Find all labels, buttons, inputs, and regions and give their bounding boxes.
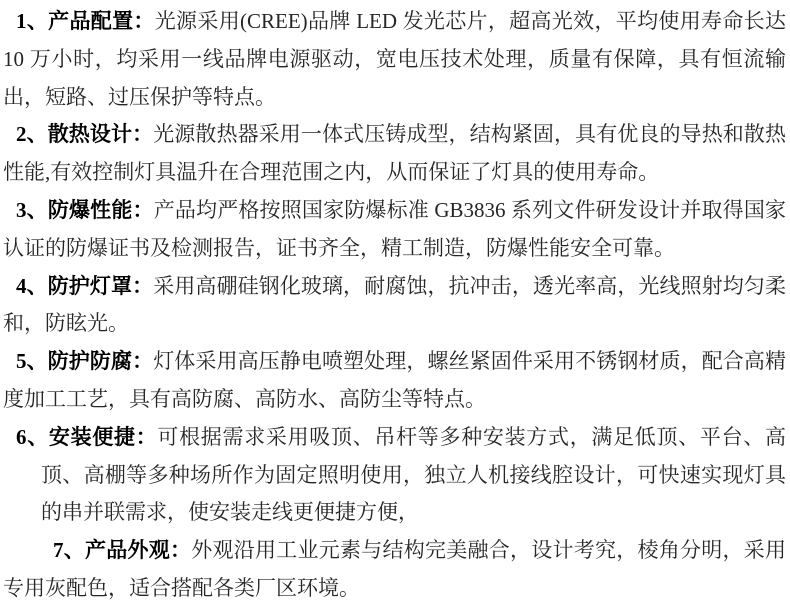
feature-heading-2: 2、散热设计： [16, 122, 153, 146]
feature-paragraph-explosion-proof: 3、防爆性能：产品均严格按照国家防爆标准 GB3836 系列文件研发设计并取得国… [3, 192, 786, 268]
feature-heading-4: 4、防护灯罩： [16, 274, 153, 298]
feature-heading-3: 3、防爆性能： [16, 198, 154, 222]
feature-paragraph-heat-dissipation: 2、散热设计：光源散热器采用一体式压铸成型，结构紧固，具有优良的导热和散热性能,… [3, 116, 786, 192]
feature-heading-5: 5、防护防腐： [16, 349, 153, 373]
feature-paragraph-easy-installation: 6、安装便捷：可根据需求采用吸顶、吊杆等多种安装方式，满足低顶、平台、高顶、高棚… [3, 419, 786, 532]
feature-paragraph-product-config: 1、产品配置：光源采用(CREE)品牌 LED 发光芯片，超高光效，平均使用寿命… [3, 3, 786, 116]
feature-heading-1: 1、产品配置： [16, 9, 155, 33]
product-description-document: 1、产品配置：光源采用(CREE)品牌 LED 发光芯片，超高光效，平均使用寿命… [0, 0, 790, 607]
feature-heading-6: 6、安装便捷： [16, 425, 157, 449]
feature-paragraph-anti-corrosion: 5、防护防腐：灯体采用高压静电喷塑处理，螺丝紧固件采用不锈钢材质，配合高精度加工… [3, 343, 786, 419]
feature-heading-7: 7、产品外观： [53, 538, 191, 562]
feature-paragraph-product-appearance: 7、产品外观：外观沿用工业元素与结构完美融合，设计考究，棱角分明，采用专用灰配色… [3, 532, 786, 607]
feature-paragraph-protective-lampshade: 4、防护灯罩：采用高硼硅钢化玻璃，耐腐蚀，抗冲击，透光率高，光线照射均匀柔和，防… [3, 268, 786, 344]
